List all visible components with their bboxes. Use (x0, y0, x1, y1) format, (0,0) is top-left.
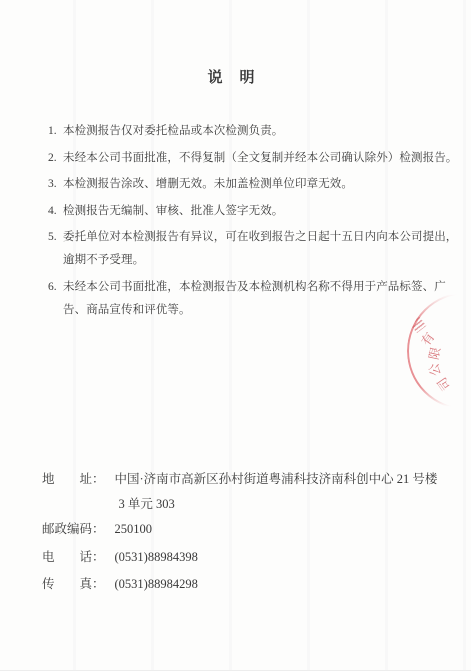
contact-row-phone: 电话 ： (0531)88984398 (42, 545, 463, 570)
contact-row-postal-code: 邮政编码 ： 250100 (42, 517, 463, 542)
list-item: 5. 委托单位对本检测报告有异议，可在收到报告之日起十五日内向本公司提出， 逾期… (48, 226, 463, 272)
item-text: 未经本公司书面批准，本检测报告及本检测机构名称不得用于产品标签、广 (63, 276, 463, 299)
list-item: 6. 未经本公司书面批准，本检测报告及本检测机构名称不得用于产品标签、广 告、商… (48, 276, 463, 322)
list-item: 2. 未经本公司书面批准，不得复制（全文复制并经本公司确认除外）检测报告。 (48, 147, 463, 170)
stamp-character: 有 (419, 330, 437, 348)
list-item: 1. 本检测报告仅对委托检品或本次检测负责。 (48, 120, 463, 143)
item-text: 未经本公司书面批准，不得复制（全文复制并经本公司确认除外）检测报告。 (63, 147, 463, 170)
report-instructions-page: 说 明 1. 本检测报告仅对委托检品或本次检测负责。 2. 未经本公司书面批准，… (0, 0, 471, 671)
item-number: 6. (48, 276, 57, 299)
instructions-list: 1. 本检测报告仅对委托检品或本次检测负责。 2. 未经本公司书面批准，不得复制… (48, 120, 463, 325)
item-text: 告、商品宣传和评优等。 (63, 299, 463, 322)
label-colon: ： (92, 572, 105, 597)
address-line: 3 单元 303 (115, 492, 438, 517)
label-colon: ： (92, 545, 105, 570)
item-text: 本检测报告涂改、增删无效。未加盖检测单位印章无效。 (63, 173, 463, 196)
list-item: 4. 检测报告无编制、审核、批准人签字无效。 (48, 200, 463, 223)
fax-label: 传真 (42, 572, 92, 597)
postal-code-label: 邮政编码 (42, 517, 92, 542)
label-colon: ： (92, 467, 105, 492)
item-number: 4. (48, 200, 57, 223)
list-item: 3. 本检测报告涂改、增删无效。未加盖检测单位印章无效。 (48, 173, 463, 196)
contact-block: 地址 ： 中国·济南市高新区孙村街道粤浦科技济南科创中心 21 号楼 3 单元 … (42, 467, 463, 597)
item-number: 3. (48, 173, 57, 196)
page-title: 说 明 (0, 68, 463, 88)
contact-row-address: 地址 ： 中国·济南市高新区孙村街道粤浦科技济南科创中心 21 号楼 3 单元 … (42, 467, 463, 517)
stamp-character: 公 (427, 361, 443, 377)
contact-row-fax: 传真 ： (0531)88984298 (42, 572, 463, 597)
phone-label: 电话 (42, 545, 92, 570)
address-value: 中国·济南市高新区孙村街道粤浦科技济南科创中心 21 号楼 3 单元 303 (115, 467, 438, 517)
postal-code-value: 250100 (115, 517, 153, 542)
item-number: 1. (48, 120, 57, 143)
item-text: 检测报告无编制、审核、批准人签字无效。 (63, 200, 463, 223)
label-colon: ： (92, 517, 105, 542)
stamp-character: 司 (435, 374, 453, 392)
fax-value: (0531)88984298 (115, 572, 198, 597)
address-line: 中国·济南市高新区孙村街道粤浦科技济南科创中心 21 号楼 (115, 467, 438, 492)
phone-value: (0531)88984398 (115, 545, 198, 570)
item-number: 5. (48, 226, 57, 249)
item-text: 委托单位对本检测报告有异议，可在收到报告之日起十五日内向本公司提出， (63, 226, 463, 249)
item-text: 逾期不予受理。 (63, 249, 463, 272)
stamp-character: 限 (427, 345, 442, 360)
item-text: 本检测报告仅对委托检品或本次检测负责。 (63, 120, 463, 143)
address-label: 地址 (42, 467, 92, 492)
item-number: 2. (48, 147, 57, 170)
